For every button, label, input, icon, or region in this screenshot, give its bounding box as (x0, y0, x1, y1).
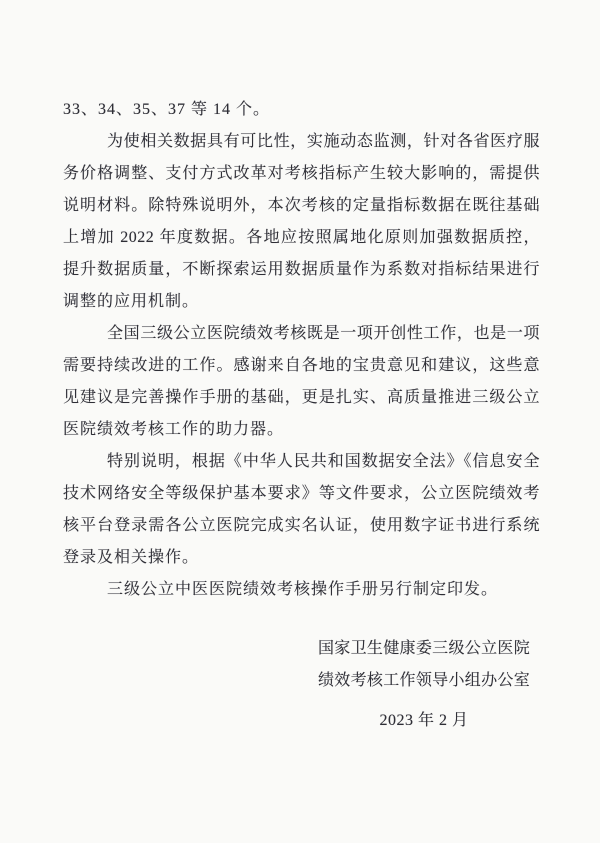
body-text-line: 核平台登录需各公立医院完成实名认证，使用数字证书进行系统 (63, 510, 540, 542)
body-text-line: 上增加 2022 年度数据。各地应按照属地化原则加强数据质控， (63, 222, 540, 254)
body-text-line: 特别说明，根据《中华人民共和国数据安全法》《信息安全 (63, 446, 540, 478)
body-text-line: 登录及相关操作。 (63, 542, 540, 574)
body-text-line: 务价格调整、支付方式改革对考核指标产生较大影响的，需提供 (63, 158, 540, 190)
body-text-line: 全国三级公立医院绩效考核既是一项开创性工作，也是一项 (63, 318, 540, 350)
body-text-line: 说明材料。除特殊说明外，本次考核的定量指标数据在既往基础 (63, 190, 540, 222)
body-text-line: 提升数据质量，不断探索运用数据质量作为系数对指标结果进行 (63, 254, 540, 286)
body-text-line: 技术网络安全等级保护基本要求》等文件要求，公立医院绩效考 (63, 478, 540, 510)
body-text-line: 33、34、35、37 等 14 个。 (63, 94, 540, 126)
document-page: 33、34、35、37 等 14 个。为使相关数据具有可比性，实施动态监测，针对… (0, 0, 600, 843)
signature-org-line-1: 国家卫生健康委三级公立医院 (318, 633, 530, 665)
body-text-line: 医院绩效考核工作的助力器。 (63, 414, 540, 446)
signature-date: 2023 年 2 月 (314, 705, 534, 737)
body-text-line: 见建议是完善操作手册的基础，更是扎实、高质量推进三级公立 (63, 382, 540, 414)
body-text-line: 调整的应用机制。 (63, 286, 540, 318)
signature-org-line-2: 绩效考核工作领导小组办公室 (318, 665, 530, 697)
body-text-line: 为使相关数据具有可比性，实施动态监测，针对各省医疗服 (63, 126, 540, 158)
body-text-line: 三级公立中医医院绩效考核操作手册另行制定印发。 (63, 574, 540, 606)
signature-block: 国家卫生健康委三级公立医院 绩效考核工作领导小组办公室 (318, 633, 530, 697)
body-text-line: 需要持续改进的工作。感谢来自各地的宝贵意见和建议，这些意 (63, 350, 540, 382)
document-body: 33、34、35、37 等 14 个。为使相关数据具有可比性，实施动态监测，针对… (63, 94, 540, 606)
